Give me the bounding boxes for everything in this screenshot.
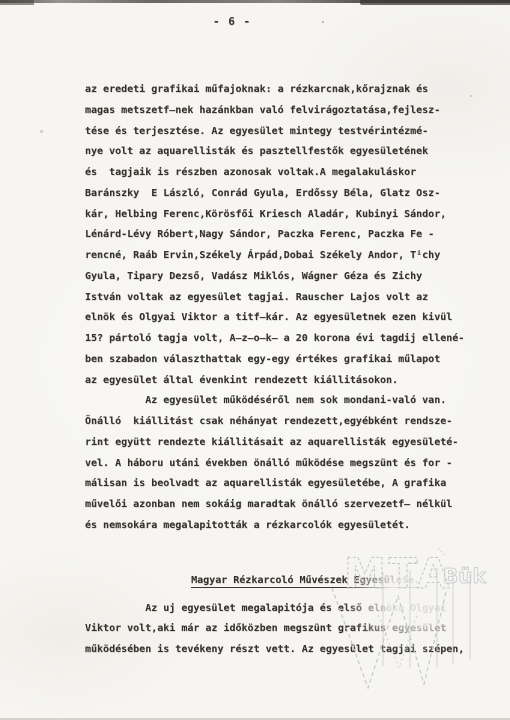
text-line: működésében is tevékeny részt vett. Az e… <box>85 640 485 661</box>
closing-paragraph: Az uj egyesület megalapitója és első eln… <box>85 599 485 661</box>
section-heading-row: Magyar Rézkarcoló Művészek Egyesülete. <box>85 549 485 570</box>
scan-edge-top-left <box>0 0 34 5</box>
text-line: magas metszetf̶nek hazánkban való felvir… <box>85 101 485 122</box>
text-line: Viktor volt,aki már az időközben megszün… <box>85 619 485 640</box>
text-line: vel. A háboru utáni években önálló működ… <box>85 454 485 475</box>
document-page: - 6 - az eredeti grafikai műfajoknak: a … <box>0 0 510 720</box>
text-line: ben szabadon választhattak egy-egy érték… <box>85 350 485 371</box>
page-number: - 6 - <box>213 15 251 28</box>
text-line: rencné, Raáb Ervin,Székely Árpád,Dobai S… <box>85 246 485 267</box>
text-line: az eredeti grafikai műfajoknak: a rézkar… <box>85 80 485 101</box>
text-line: és nemsokára megalapitották a rézkarcoló… <box>85 516 485 537</box>
text-line: Gyula, Tipary Dezső, Vadász Miklós, Wágn… <box>85 267 485 288</box>
main-paragraphs: az eredeti grafikai műfajoknak: a rézkar… <box>85 80 485 537</box>
paper-speck <box>322 21 324 23</box>
text-line: művelői azonban nem sokáig maradtak önál… <box>85 495 485 516</box>
text-line: az egyesület által évenkint rendezett ki… <box>85 371 485 392</box>
text-line: Az uj egyesület megalapitója és első eln… <box>85 599 485 620</box>
text-line: 15? pártoló tagja volt, A̶z̶o̶k̶ a 20 ko… <box>85 329 485 350</box>
text-line: Lénárd-Lévy Róbert,Nagy Sándor, Paczka F… <box>85 225 485 246</box>
paper-speck <box>40 130 43 133</box>
text-line: nye volt az aquarellisták és pasztellfes… <box>85 142 485 163</box>
text-line: elnök és Olgyai Viktor a titf̶kár. Az eg… <box>85 308 485 329</box>
text-line: Baránszky E László, Conrád Gyula, Erdőss… <box>85 184 485 205</box>
text-line: Önálló kiállitást csak néhányat rendezet… <box>85 412 485 433</box>
text-line: István voltak az egyesület tagjai. Rausc… <box>85 288 485 309</box>
text-line: málisan is beolvadt az aquarellisták egy… <box>85 474 485 495</box>
text-line: tése és terjesztése. Az egyesület minteg… <box>85 122 485 143</box>
text-line: Az egyesület működéséről nem sok mondani… <box>85 391 485 412</box>
section-heading: Magyar Rézkarcoló Művészek Egyesülete. <box>191 575 420 588</box>
scan-edge-top-right <box>360 0 510 5</box>
body-text: az eredeti grafikai műfajoknak: a rézkar… <box>85 80 485 661</box>
text-line: rint együtt rendezte kiállitásait az aqu… <box>85 433 485 454</box>
text-line: és tagjaik is részben azonosak voltak.A … <box>85 163 485 184</box>
text-line: kár, Helbing Ferenc,Körösfői Kriesch Ala… <box>85 205 485 226</box>
